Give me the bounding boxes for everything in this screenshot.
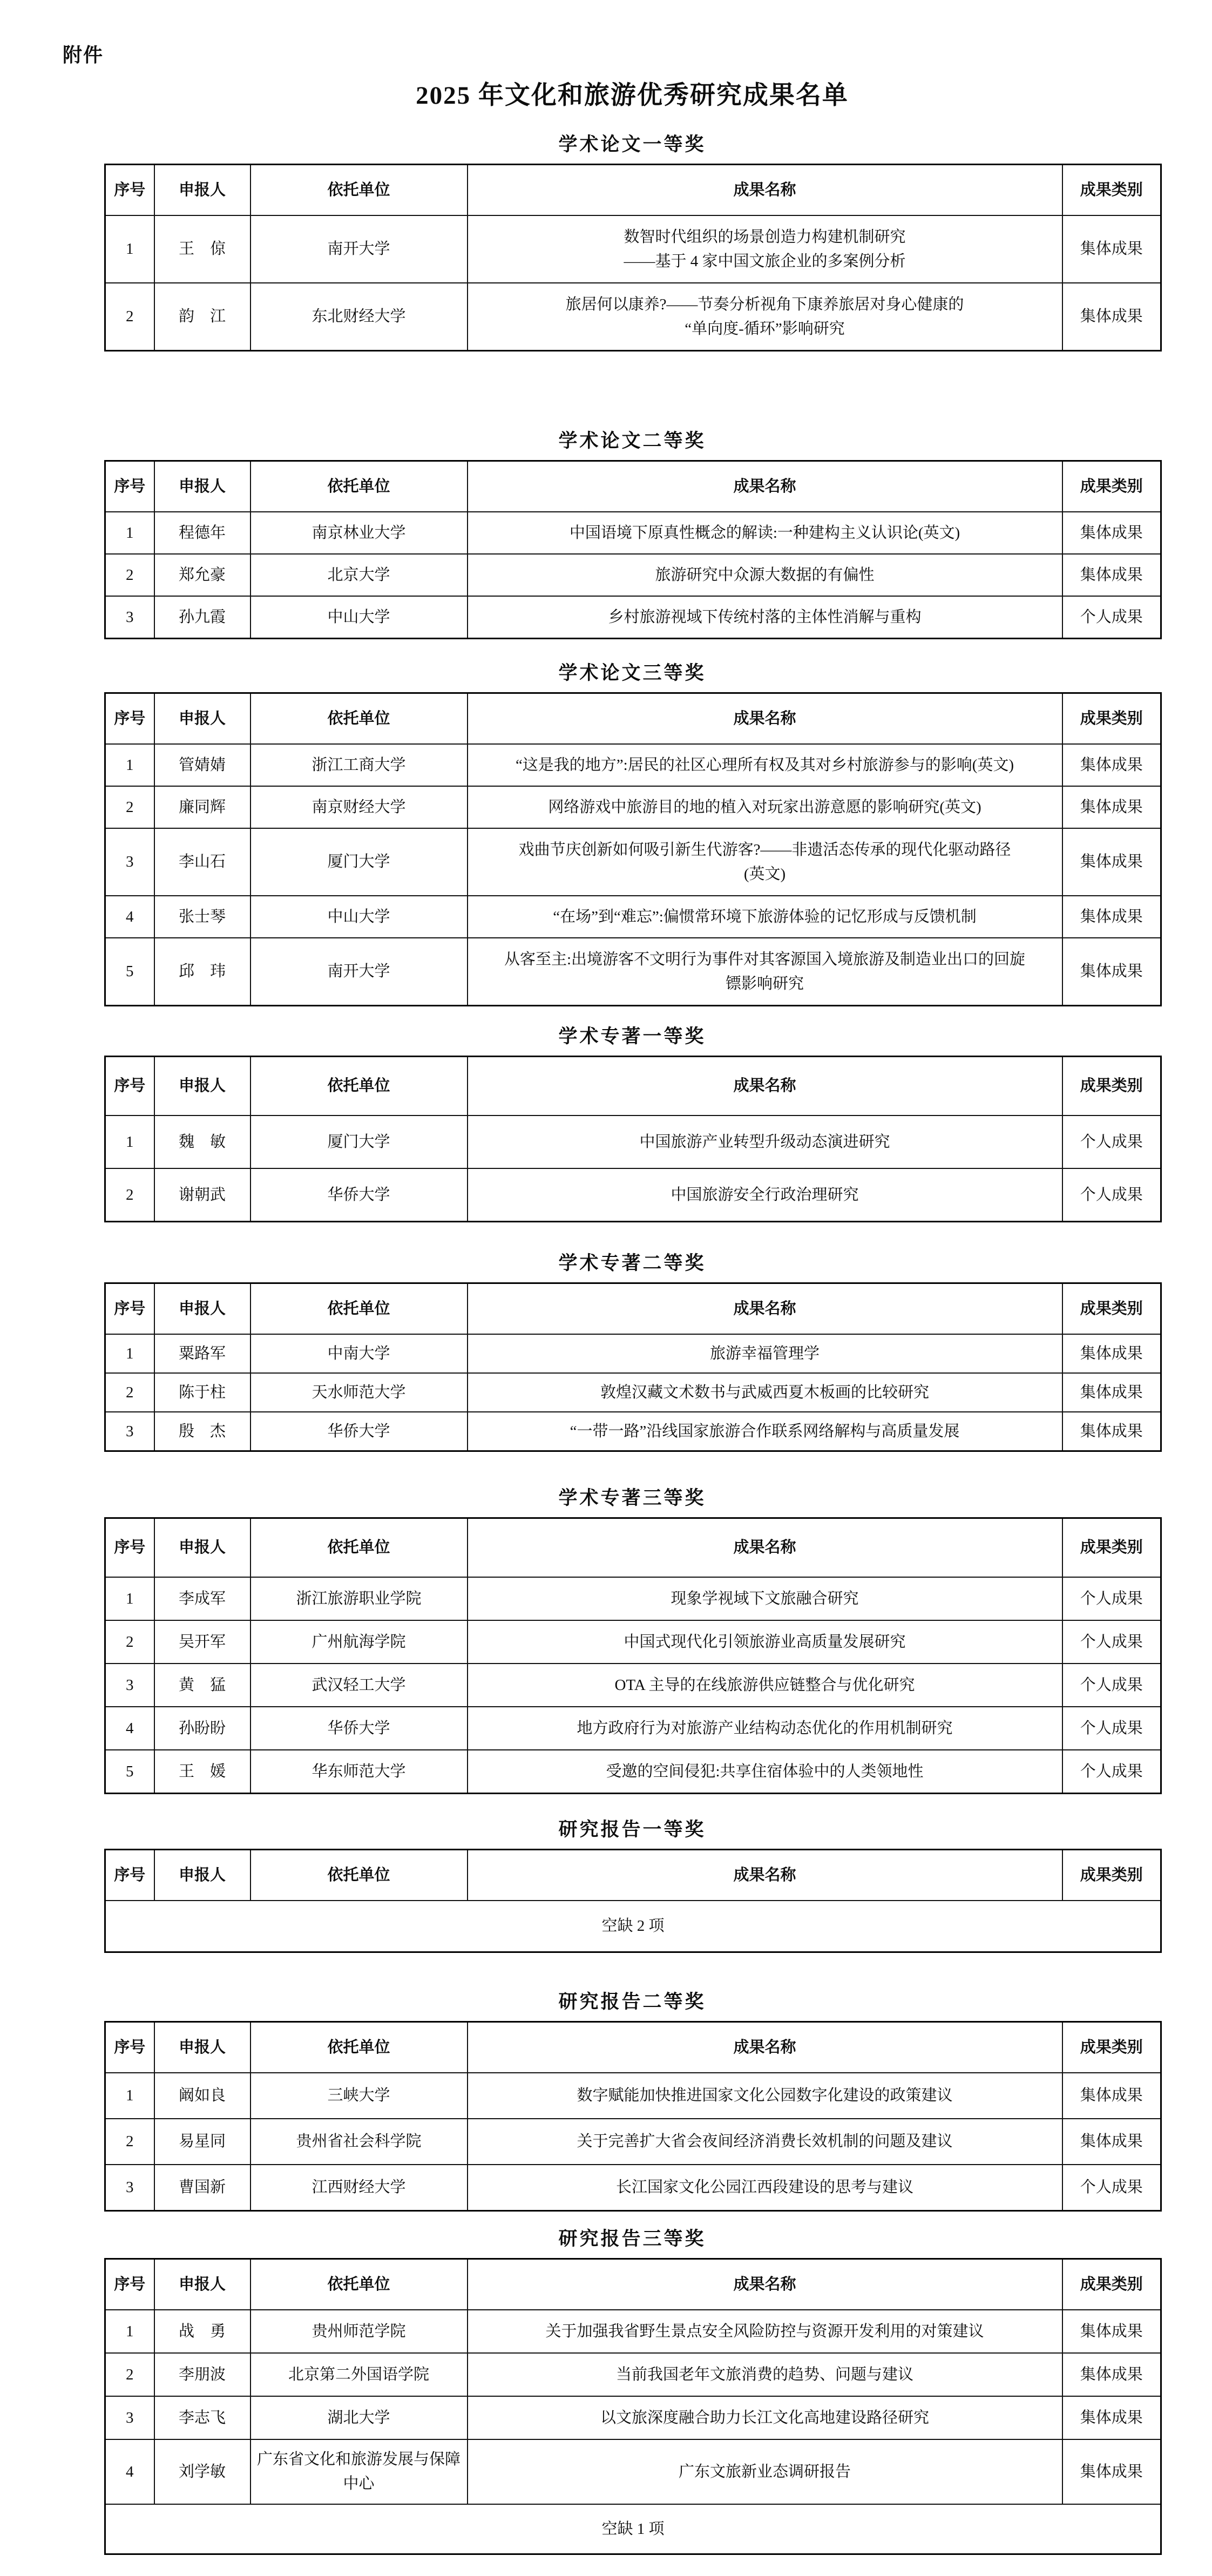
cell-achievement: 广东文旅新业态调研报告 bbox=[468, 2439, 1062, 2504]
header-cell-achievement: 成果名称 bbox=[468, 1056, 1062, 1115]
cell-unit: 中南大学 bbox=[250, 1334, 468, 1373]
cell-achievement: 现象学视域下文旅融合研究 bbox=[468, 1577, 1062, 1620]
header-cell-applicant: 申报人 bbox=[154, 1849, 250, 1901]
awards-table-5: 序号 申报人 依托单位 成果名称 成果类别 1 粟路军 中南大学 旅游幸福管理学… bbox=[104, 1282, 1162, 1452]
cell-unit: 浙江工商大学 bbox=[250, 744, 468, 786]
cell-category: 集体成果 bbox=[1062, 786, 1161, 828]
cell-category: 个人成果 bbox=[1062, 2165, 1161, 2210]
awards-table-8: 序号 申报人 依托单位 成果名称 成果类别 1 阚如良 三峡大学 数字赋能加快推… bbox=[104, 2021, 1162, 2212]
header-cell-unit: 依托单位 bbox=[250, 164, 468, 215]
section-title-1: 学术论文一等奖 bbox=[104, 133, 1160, 156]
table-header-row: 序号 申报人 依托单位 成果名称 成果类别 bbox=[105, 1056, 1161, 1115]
cell-applicant: 邱 玮 bbox=[154, 938, 250, 1005]
cell-achievement: “一带一路”沿线国家旅游合作联系网络解构与高质量发展 bbox=[468, 1412, 1062, 1451]
table-row: 2 易星同 贵州省社会科学院 关于完善扩大省会夜间经济消费长效机制的问题及建议 … bbox=[105, 2119, 1161, 2165]
vacancy-row: 空缺 1 项 bbox=[105, 2504, 1161, 2554]
cell-unit: 北京大学 bbox=[250, 554, 468, 596]
cell-category: 集体成果 bbox=[1062, 554, 1161, 596]
cell-achievement: 关于加强我省野生景点安全风险防控与资源开发利用的对策建议 bbox=[468, 2310, 1062, 2353]
cell-no: 3 bbox=[105, 2165, 154, 2210]
cell-no: 4 bbox=[105, 1707, 154, 1750]
header-cell-unit: 依托单位 bbox=[250, 693, 468, 744]
section-title-3: 学术论文三等奖 bbox=[104, 662, 1160, 685]
cell-applicant: 李山石 bbox=[154, 828, 250, 896]
cell-category: 个人成果 bbox=[1062, 1707, 1161, 1750]
cell-category: 集体成果 bbox=[1062, 2396, 1161, 2439]
table-row: 3 殷 杰 华侨大学 “一带一路”沿线国家旅游合作联系网络解构与高质量发展 集体… bbox=[105, 1412, 1161, 1451]
table-row: 1 王 倞 南开大学 数智时代组织的场景创造力构建机制研究 ——基于 4 家中国… bbox=[105, 215, 1161, 283]
cell-achievement: 旅游研究中众源大数据的有偏性 bbox=[468, 554, 1062, 596]
cell-category: 集体成果 bbox=[1062, 2439, 1161, 2504]
header-cell-category: 成果类别 bbox=[1062, 1283, 1161, 1334]
cell-achievement: 长江国家文化公园江西段建设的思考与建议 bbox=[468, 2165, 1062, 2210]
vacancy-row: 空缺 2 项 bbox=[105, 1901, 1161, 1952]
cell-no: 4 bbox=[105, 896, 154, 938]
cell-applicant: 黄 猛 bbox=[154, 1664, 250, 1707]
header-cell-unit: 依托单位 bbox=[250, 461, 468, 512]
header-cell-achievement: 成果名称 bbox=[468, 2259, 1062, 2310]
cell-no: 3 bbox=[105, 828, 154, 896]
cell-achievement: 网络游戏中旅游目的地的植入对玩家出游意愿的影响研究(英文) bbox=[468, 786, 1062, 828]
cell-achievement: “在场”到“难忘”:偏惯常环境下旅游体验的记忆形成与反馈机制 bbox=[468, 896, 1062, 938]
cell-category: 个人成果 bbox=[1062, 1115, 1161, 1168]
cell-category: 集体成果 bbox=[1062, 1334, 1161, 1373]
cell-category: 集体成果 bbox=[1062, 283, 1161, 350]
cell-achievement: 乡村旅游视域下传统村落的主体性消解与重构 bbox=[468, 596, 1062, 638]
cell-achievement: 中国旅游安全行政治理研究 bbox=[468, 1168, 1062, 1221]
table-row: 2 廉同辉 南京财经大学 网络游戏中旅游目的地的植入对玩家出游意愿的影响研究(英… bbox=[105, 786, 1161, 828]
cell-applicant: 韵 江 bbox=[154, 283, 250, 350]
cell-achievement: OTA 主导的在线旅游供应链整合与优化研究 bbox=[468, 1664, 1062, 1707]
vacancy-cell: 空缺 2 项 bbox=[105, 1901, 1161, 1952]
table-row: 3 李志飞 湖北大学 以文旅深度融合助力长江文化高地建设路径研究 集体成果 bbox=[105, 2396, 1161, 2439]
cell-unit: 南京财经大学 bbox=[250, 786, 468, 828]
header-cell-category: 成果类别 bbox=[1062, 1056, 1161, 1115]
cell-unit: 浙江旅游职业学院 bbox=[250, 1577, 468, 1620]
cell-category: 个人成果 bbox=[1062, 596, 1161, 638]
cell-unit: 贵州师范学院 bbox=[250, 2310, 468, 2353]
cell-no: 5 bbox=[105, 1750, 154, 1793]
cell-applicant: 曹国新 bbox=[154, 2165, 250, 2210]
cell-unit: 贵州省社会科学院 bbox=[250, 2119, 468, 2165]
cell-no: 1 bbox=[105, 2073, 154, 2119]
cell-no: 5 bbox=[105, 938, 154, 1005]
table-row: 4 张士琴 中山大学 “在场”到“难忘”:偏惯常环境下旅游体验的记忆形成与反馈机… bbox=[105, 896, 1161, 938]
cell-unit: 湖北大学 bbox=[250, 2396, 468, 2439]
header-cell-applicant: 申报人 bbox=[154, 461, 250, 512]
cell-achievement: 中国旅游产业转型升级动态演进研究 bbox=[468, 1115, 1062, 1168]
cell-achievement: 数字赋能加快推进国家文化公园数字化建设的政策建议 bbox=[468, 2073, 1062, 2119]
table-row: 1 魏 敏 厦门大学 中国旅游产业转型升级动态演进研究 个人成果 bbox=[105, 1115, 1161, 1168]
cell-applicant: 易星同 bbox=[154, 2119, 250, 2165]
cell-unit: 北京第二外国语学院 bbox=[250, 2353, 468, 2396]
cell-no: 1 bbox=[105, 1577, 154, 1620]
header-cell-unit: 依托单位 bbox=[250, 1283, 468, 1334]
header-cell-applicant: 申报人 bbox=[154, 693, 250, 744]
header-cell-no: 序号 bbox=[105, 2259, 154, 2310]
table-row: 1 李成军 浙江旅游职业学院 现象学视域下文旅融合研究 个人成果 bbox=[105, 1577, 1161, 1620]
cell-applicant: 陈于柱 bbox=[154, 1373, 250, 1412]
cell-unit: 南开大学 bbox=[250, 938, 468, 1005]
header-cell-no: 序号 bbox=[105, 2021, 154, 2073]
cell-unit: 江西财经大学 bbox=[250, 2165, 468, 2210]
cell-unit: 华侨大学 bbox=[250, 1168, 468, 1221]
cell-category: 集体成果 bbox=[1062, 744, 1161, 786]
cell-category: 集体成果 bbox=[1062, 2353, 1161, 2396]
table-row: 2 陈于柱 天水师范大学 敦煌汉藏文术数书与武威西夏木板画的比较研究 集体成果 bbox=[105, 1373, 1161, 1412]
cell-achievement: 戏曲节庆创新如何吸引新生代游客?——非遗活态传承的现代化驱动路径 (英文) bbox=[468, 828, 1062, 896]
cell-category: 个人成果 bbox=[1062, 1577, 1161, 1620]
cell-no: 2 bbox=[105, 786, 154, 828]
header-cell-achievement: 成果名称 bbox=[468, 1849, 1062, 1901]
cell-category: 集体成果 bbox=[1062, 1373, 1161, 1412]
table-row: 2 谢朝武 华侨大学 中国旅游安全行政治理研究 个人成果 bbox=[105, 1168, 1161, 1221]
cell-applicant: 廉同辉 bbox=[154, 786, 250, 828]
header-cell-applicant: 申报人 bbox=[154, 1283, 250, 1334]
cell-category: 集体成果 bbox=[1062, 2310, 1161, 2353]
section-title-9: 研究报告三等奖 bbox=[104, 2228, 1160, 2250]
awards-table-2: 序号 申报人 依托单位 成果名称 成果类别 1 程德年 南京林业大学 中国语境下… bbox=[104, 460, 1162, 639]
table-row: 1 管婧婧 浙江工商大学 “这是我的地方”:居民的社区心理所有权及其对乡村旅游参… bbox=[105, 744, 1161, 786]
cell-applicant: 刘学敏 bbox=[154, 2439, 250, 2504]
header-cell-achievement: 成果名称 bbox=[468, 164, 1062, 215]
cell-unit: 华侨大学 bbox=[250, 1707, 468, 1750]
awards-table-4: 序号 申报人 依托单位 成果名称 成果类别 1 魏 敏 厦门大学 中国旅游产业转… bbox=[104, 1056, 1162, 1222]
cell-unit: 广州航海学院 bbox=[250, 1620, 468, 1664]
attachment-label: 附件 bbox=[63, 40, 104, 67]
cell-no: 4 bbox=[105, 2439, 154, 2504]
cell-category: 个人成果 bbox=[1062, 1664, 1161, 1707]
cell-no: 1 bbox=[105, 1334, 154, 1373]
cell-category: 集体成果 bbox=[1062, 2073, 1161, 2119]
cell-achievement: 从客至主:出境游客不文明行为事件对其客源国入境旅游及制造业出口的回旋 镖影响研究 bbox=[468, 938, 1062, 1005]
cell-applicant: 谢朝武 bbox=[154, 1168, 250, 1221]
cell-no: 1 bbox=[105, 512, 154, 554]
cell-no: 2 bbox=[105, 2353, 154, 2396]
cell-category: 集体成果 bbox=[1062, 896, 1161, 938]
cell-unit: 广东省文化和旅游发展与保障 中心 bbox=[250, 2439, 468, 2504]
section-title-8: 研究报告二等奖 bbox=[104, 1991, 1160, 2013]
awards-table-3: 序号 申报人 依托单位 成果名称 成果类别 1 管婧婧 浙江工商大学 “这是我的… bbox=[104, 692, 1162, 1006]
cell-category: 集体成果 bbox=[1062, 215, 1161, 283]
table-row: 5 邱 玮 南开大学 从客至主:出境游客不文明行为事件对其客源国入境旅游及制造业… bbox=[105, 938, 1161, 1005]
cell-no: 3 bbox=[105, 1412, 154, 1451]
awards-table-6: 序号 申报人 依托单位 成果名称 成果类别 1 李成军 浙江旅游职业学院 现象学… bbox=[104, 1517, 1162, 1794]
table-row: 1 粟路军 中南大学 旅游幸福管理学 集体成果 bbox=[105, 1334, 1161, 1373]
cell-achievement: 旅居何以康养?——节奏分析视角下康养旅居对身心健康的 “单向度-循环”影响研究 bbox=[468, 283, 1062, 350]
section-title-4: 学术专著一等奖 bbox=[104, 1025, 1160, 1048]
table-row: 2 郑允豪 北京大学 旅游研究中众源大数据的有偏性 集体成果 bbox=[105, 554, 1161, 596]
cell-category: 集体成果 bbox=[1062, 2119, 1161, 2165]
table-row: 3 黄 猛 武汉轻工大学 OTA 主导的在线旅游供应链整合与优化研究 个人成果 bbox=[105, 1664, 1161, 1707]
cell-applicant: 孙九霞 bbox=[154, 596, 250, 638]
table-row: 3 李山石 厦门大学 戏曲节庆创新如何吸引新生代游客?——非遗活态传承的现代化驱… bbox=[105, 828, 1161, 896]
awards-table-7: 序号 申报人 依托单位 成果名称 成果类别 空缺 2 项 bbox=[104, 1849, 1162, 1953]
cell-no: 1 bbox=[105, 215, 154, 283]
section-title-5: 学术专著二等奖 bbox=[104, 1252, 1160, 1275]
cell-category: 集体成果 bbox=[1062, 828, 1161, 896]
cell-unit: 天水师范大学 bbox=[250, 1373, 468, 1412]
header-cell-no: 序号 bbox=[105, 461, 154, 512]
cell-unit: 南开大学 bbox=[250, 215, 468, 283]
section-title-6: 学术专著三等奖 bbox=[104, 1487, 1160, 1510]
table-row: 2 韵 江 东北财经大学 旅居何以康养?——节奏分析视角下康养旅居对身心健康的 … bbox=[105, 283, 1161, 350]
cell-no: 2 bbox=[105, 554, 154, 596]
header-cell-no: 序号 bbox=[105, 1056, 154, 1115]
cell-applicant: 李成军 bbox=[154, 1577, 250, 1620]
header-cell-no: 序号 bbox=[105, 1518, 154, 1577]
table-row: 2 吴开军 广州航海学院 中国式现代化引领旅游业高质量发展研究 个人成果 bbox=[105, 1620, 1161, 1664]
cell-category: 个人成果 bbox=[1062, 1168, 1161, 1221]
cell-applicant: 李朋波 bbox=[154, 2353, 250, 2396]
section-title-7: 研究报告一等奖 bbox=[104, 1818, 1160, 1841]
cell-unit: 东北财经大学 bbox=[250, 283, 468, 350]
cell-unit: 南京林业大学 bbox=[250, 512, 468, 554]
document-content: 2025 年文化和旅游优秀研究成果名单 学术论文一等奖 序号 申报人 依托单位 … bbox=[104, 0, 1160, 2555]
table-header-row: 序号 申报人 依托单位 成果名称 成果类别 bbox=[105, 1849, 1161, 1901]
header-cell-achievement: 成果名称 bbox=[468, 693, 1062, 744]
section-title-2: 学术论文二等奖 bbox=[104, 430, 1160, 452]
table-row: 3 孙九霞 中山大学 乡村旅游视域下传统村落的主体性消解与重构 个人成果 bbox=[105, 596, 1161, 638]
table-row: 1 程德年 南京林业大学 中国语境下原真性概念的解读:一种建构主义认识论(英文)… bbox=[105, 512, 1161, 554]
table-header-row: 序号 申报人 依托单位 成果名称 成果类别 bbox=[105, 2021, 1161, 2073]
cell-category: 个人成果 bbox=[1062, 1620, 1161, 1664]
cell-achievement: 敦煌汉藏文术数书与武威西夏木板画的比较研究 bbox=[468, 1373, 1062, 1412]
cell-achievement: 以文旅深度融合助力长江文化高地建设路径研究 bbox=[468, 2396, 1062, 2439]
table-row: 5 王 媛 华东师范大学 受邀的空间侵犯:共享住宿体验中的人类领地性 个人成果 bbox=[105, 1750, 1161, 1793]
header-cell-unit: 依托单位 bbox=[250, 2259, 468, 2310]
cell-applicant: 程德年 bbox=[154, 512, 250, 554]
header-cell-achievement: 成果名称 bbox=[468, 2021, 1062, 2073]
cell-applicant: 管婧婧 bbox=[154, 744, 250, 786]
cell-applicant: 吴开军 bbox=[154, 1620, 250, 1664]
cell-achievement: 旅游幸福管理学 bbox=[468, 1334, 1062, 1373]
cell-unit: 厦门大学 bbox=[250, 1115, 468, 1168]
header-cell-achievement: 成果名称 bbox=[468, 1518, 1062, 1577]
cell-no: 1 bbox=[105, 2310, 154, 2353]
table-row: 3 曹国新 江西财经大学 长江国家文化公园江西段建设的思考与建议 个人成果 bbox=[105, 2165, 1161, 2210]
cell-applicant: 王 媛 bbox=[154, 1750, 250, 1793]
cell-unit: 中山大学 bbox=[250, 896, 468, 938]
table-header-row: 序号 申报人 依托单位 成果名称 成果类别 bbox=[105, 2259, 1161, 2310]
document-page: 附件 2025 年文化和旅游优秀研究成果名单 学术论文一等奖 序号 申报人 依托… bbox=[0, 0, 1212, 2576]
header-cell-no: 序号 bbox=[105, 164, 154, 215]
cell-achievement: 数智时代组织的场景创造力构建机制研究 ——基于 4 家中国文旅企业的多案例分析 bbox=[468, 215, 1062, 283]
cell-applicant: 郑允豪 bbox=[154, 554, 250, 596]
cell-no: 2 bbox=[105, 283, 154, 350]
vacancy-cell: 空缺 1 项 bbox=[105, 2504, 1161, 2554]
header-cell-no: 序号 bbox=[105, 1283, 154, 1334]
header-cell-no: 序号 bbox=[105, 1849, 154, 1901]
cell-applicant: 阚如良 bbox=[154, 2073, 250, 2119]
header-cell-unit: 依托单位 bbox=[250, 2021, 468, 2073]
header-cell-achievement: 成果名称 bbox=[468, 461, 1062, 512]
cell-achievement: 关于完善扩大省会夜间经济消费长效机制的问题及建议 bbox=[468, 2119, 1062, 2165]
header-cell-category: 成果类别 bbox=[1062, 2021, 1161, 2073]
table-row: 2 李朋波 北京第二外国语学院 当前我国老年文旅消费的趋势、问题与建议 集体成果 bbox=[105, 2353, 1161, 2396]
header-cell-applicant: 申报人 bbox=[154, 1056, 250, 1115]
header-cell-category: 成果类别 bbox=[1062, 2259, 1161, 2310]
cell-category: 集体成果 bbox=[1062, 512, 1161, 554]
cell-applicant: 孙盼盼 bbox=[154, 1707, 250, 1750]
header-cell-category: 成果类别 bbox=[1062, 693, 1161, 744]
header-cell-achievement: 成果名称 bbox=[468, 1283, 1062, 1334]
header-cell-unit: 依托单位 bbox=[250, 1056, 468, 1115]
cell-no: 3 bbox=[105, 2396, 154, 2439]
table-header-row: 序号 申报人 依托单位 成果名称 成果类别 bbox=[105, 693, 1161, 744]
cell-category: 集体成果 bbox=[1062, 1412, 1161, 1451]
cell-applicant: 粟路军 bbox=[154, 1334, 250, 1373]
cell-no: 2 bbox=[105, 2119, 154, 2165]
header-cell-applicant: 申报人 bbox=[154, 2021, 250, 2073]
header-cell-unit: 依托单位 bbox=[250, 1518, 468, 1577]
cell-category: 集体成果 bbox=[1062, 938, 1161, 1005]
cell-unit: 华侨大学 bbox=[250, 1412, 468, 1451]
cell-applicant: 战 勇 bbox=[154, 2310, 250, 2353]
cell-no: 2 bbox=[105, 1373, 154, 1412]
cell-achievement: 受邀的空间侵犯:共享住宿体验中的人类领地性 bbox=[468, 1750, 1062, 1793]
header-cell-no: 序号 bbox=[105, 693, 154, 744]
cell-achievement: 中国语境下原真性概念的解读:一种建构主义认识论(英文) bbox=[468, 512, 1062, 554]
cell-unit: 厦门大学 bbox=[250, 828, 468, 896]
cell-applicant: 魏 敏 bbox=[154, 1115, 250, 1168]
header-cell-category: 成果类别 bbox=[1062, 461, 1161, 512]
awards-table-1: 序号 申报人 依托单位 成果名称 成果类别 1 王 倞 南开大学 数智时代组织的… bbox=[104, 164, 1162, 351]
cell-achievement: 当前我国老年文旅消费的趋势、问题与建议 bbox=[468, 2353, 1062, 2396]
cell-unit: 武汉轻工大学 bbox=[250, 1664, 468, 1707]
table-row: 4 孙盼盼 华侨大学 地方政府行为对旅游产业结构动态优化的作用机制研究 个人成果 bbox=[105, 1707, 1161, 1750]
cell-no: 1 bbox=[105, 1115, 154, 1168]
page-title: 2025 年文化和旅游优秀研究成果名单 bbox=[104, 80, 1160, 112]
cell-unit: 华东师范大学 bbox=[250, 1750, 468, 1793]
table-row: 1 战 勇 贵州师范学院 关于加强我省野生景点安全风险防控与资源开发利用的对策建… bbox=[105, 2310, 1161, 2353]
table-header-row: 序号 申报人 依托单位 成果名称 成果类别 bbox=[105, 461, 1161, 512]
cell-unit: 中山大学 bbox=[250, 596, 468, 638]
header-cell-applicant: 申报人 bbox=[154, 164, 250, 215]
awards-table-9: 序号 申报人 依托单位 成果名称 成果类别 1 战 勇 贵州师范学院 关于加强我… bbox=[104, 2258, 1162, 2555]
header-cell-category: 成果类别 bbox=[1062, 164, 1161, 215]
header-cell-category: 成果类别 bbox=[1062, 1518, 1161, 1577]
cell-no: 3 bbox=[105, 1664, 154, 1707]
cell-applicant: 殷 杰 bbox=[154, 1412, 250, 1451]
cell-no: 2 bbox=[105, 1168, 154, 1221]
cell-applicant: 王 倞 bbox=[154, 215, 250, 283]
table-header-row: 序号 申报人 依托单位 成果名称 成果类别 bbox=[105, 1283, 1161, 1334]
cell-no: 2 bbox=[105, 1620, 154, 1664]
header-cell-applicant: 申报人 bbox=[154, 2259, 250, 2310]
header-cell-category: 成果类别 bbox=[1062, 1849, 1161, 1901]
table-row: 4 刘学敏 广东省文化和旅游发展与保障 中心 广东文旅新业态调研报告 集体成果 bbox=[105, 2439, 1161, 2504]
header-cell-applicant: 申报人 bbox=[154, 1518, 250, 1577]
table-header-row: 序号 申报人 依托单位 成果名称 成果类别 bbox=[105, 1518, 1161, 1577]
cell-category: 个人成果 bbox=[1062, 1750, 1161, 1793]
cell-unit: 三峡大学 bbox=[250, 2073, 468, 2119]
cell-no: 3 bbox=[105, 596, 154, 638]
cell-no: 1 bbox=[105, 744, 154, 786]
cell-achievement: 中国式现代化引领旅游业高质量发展研究 bbox=[468, 1620, 1062, 1664]
cell-achievement: 地方政府行为对旅游产业结构动态优化的作用机制研究 bbox=[468, 1707, 1062, 1750]
cell-achievement: “这是我的地方”:居民的社区心理所有权及其对乡村旅游参与的影响(英文) bbox=[468, 744, 1062, 786]
table-header-row: 序号 申报人 依托单位 成果名称 成果类别 bbox=[105, 164, 1161, 215]
cell-applicant: 张士琴 bbox=[154, 896, 250, 938]
table-row: 1 阚如良 三峡大学 数字赋能加快推进国家文化公园数字化建设的政策建议 集体成果 bbox=[105, 2073, 1161, 2119]
header-cell-unit: 依托单位 bbox=[250, 1849, 468, 1901]
cell-applicant: 李志飞 bbox=[154, 2396, 250, 2439]
